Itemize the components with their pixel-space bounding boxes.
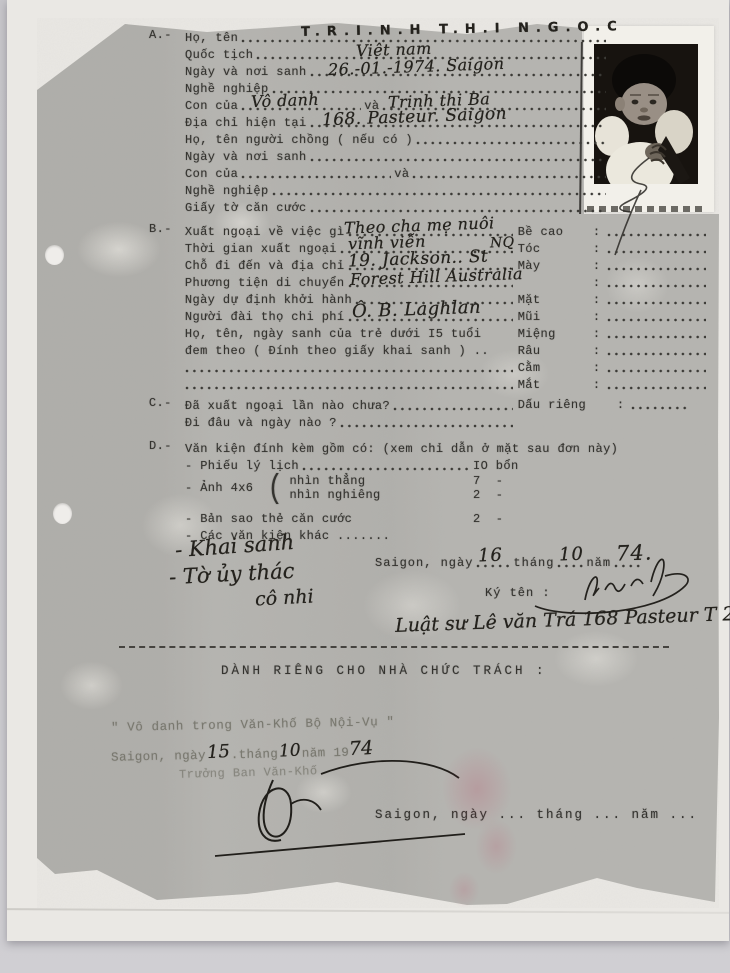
field-label: Quốc tịch bbox=[185, 48, 253, 62]
dotted-line bbox=[185, 379, 513, 392]
field-label: Văn kiện đính kèm gồm có: (xem chỉ dẫn ở… bbox=[185, 442, 618, 456]
blank-dotted-row bbox=[185, 358, 516, 375]
photos-profile: nhìn nghiêng2 - bbox=[289, 488, 585, 502]
field-husband-birth: Ngày và nơi sanh bbox=[185, 147, 609, 164]
feature-label: Mày bbox=[518, 259, 590, 273]
field-id-papers: Giấy tờ căn cước bbox=[185, 198, 609, 215]
blank-dotted-row bbox=[185, 375, 516, 392]
colon: : bbox=[590, 361, 604, 375]
field-label: Con của bbox=[185, 167, 238, 181]
dotted-line bbox=[607, 226, 706, 239]
feature-mouth: Miệng: bbox=[518, 324, 709, 341]
dotted-line bbox=[607, 379, 706, 392]
field-label: Họ, tên, ngày sanh của trẻ dưới I5 tuổi bbox=[185, 327, 481, 341]
item-count: 7 - bbox=[473, 474, 585, 488]
item-label: nhìn thẳng bbox=[289, 474, 473, 488]
section-c-letter: C.- bbox=[149, 396, 185, 430]
field-husband-name: Họ, tên người chồng ( nếu có ) bbox=[185, 130, 609, 147]
feature-label: Miệng bbox=[518, 327, 590, 341]
dotted-line bbox=[310, 151, 606, 164]
field-label: Ngày dự định khởi hành bbox=[185, 293, 352, 307]
handwritten-value: Vô danh bbox=[251, 90, 320, 111]
section-d-letter: D.- bbox=[149, 439, 185, 543]
feature-label: Râu bbox=[518, 344, 590, 358]
attachments-header: Văn kiện đính kèm gồm có: (xem chỉ dẫn ở… bbox=[185, 439, 709, 456]
photo-of-scanned-form: { "misc": { "colon": ":", "brace": "(" }… bbox=[0, 0, 730, 973]
dotted-line bbox=[416, 134, 606, 147]
colon: : bbox=[590, 225, 604, 239]
dashed-separator bbox=[119, 646, 669, 648]
field-label: Chỗ đi đến và địa chỉ bbox=[185, 259, 345, 273]
dotted-line bbox=[185, 362, 513, 375]
feature-blank: : bbox=[518, 273, 709, 290]
dotted-line bbox=[607, 362, 706, 375]
conjunction-va: và bbox=[394, 167, 409, 181]
field-birth: Ngày và nơi sanh26.-01.-1974. Saigon bbox=[185, 62, 609, 79]
feature-label: Mắt bbox=[518, 378, 590, 392]
handwritten-value: Ô. B. Laghlan bbox=[351, 297, 481, 322]
field-label: Nghề nghiệp bbox=[185, 184, 269, 198]
field-label: Người đài thọ chi phí bbox=[185, 310, 345, 324]
photo-orientations: nhìn thẳng7 - nhìn nghiêng2 - bbox=[289, 474, 585, 502]
item-label: - Ảnh 4x6 bbox=[185, 481, 253, 495]
colon: : bbox=[614, 398, 628, 412]
paper-sheet: A.- Họ, tênT.R.I.N.H T.H.I N.G.O.C Quốc … bbox=[7, 0, 729, 941]
colon: : bbox=[590, 327, 604, 341]
item-count: IO bổn bbox=[473, 459, 585, 473]
dotted-line bbox=[631, 399, 687, 412]
feature-chin: Cằm: bbox=[518, 358, 709, 375]
field-where-when: Đi đâu và ngày nào ? bbox=[185, 413, 516, 430]
dotted-line bbox=[607, 294, 706, 307]
field-label: Họ, tên bbox=[185, 31, 238, 45]
brace: ( bbox=[267, 469, 283, 508]
colon: : bbox=[590, 378, 604, 392]
dotted-line bbox=[607, 345, 706, 358]
field-label: Phương tiện di chuyển bbox=[185, 276, 345, 290]
colon: : bbox=[590, 344, 604, 358]
dotted-line bbox=[607, 311, 706, 324]
feature-beard: Râu: bbox=[518, 341, 709, 358]
dotted-line bbox=[302, 460, 470, 473]
attachment-photos: - Ảnh 4x6 ( nhìn thẳng7 - nhìn nghiêng2 … bbox=[185, 473, 585, 503]
dotted-line: 168. Pasteur. Saigon bbox=[310, 117, 606, 130]
dotted-line: Forest Hill Australia bbox=[348, 277, 513, 290]
colon: : bbox=[590, 310, 604, 324]
dotted-line bbox=[272, 185, 606, 198]
dotted-line: Ô. B. Laghlan bbox=[348, 311, 513, 324]
date-place: Saigon, ngày bbox=[375, 556, 473, 570]
field-children-attach-note: đem theo ( Đính theo giấy khai sanh ) .. bbox=[185, 341, 516, 358]
field-label: đem theo ( Đính theo giấy khai sanh ) .. bbox=[185, 344, 489, 358]
section-c-rows: Đã xuất ngoại lần nào chưa? Đi đâu và ng… bbox=[185, 396, 516, 430]
handwritten-initials: NQ bbox=[490, 235, 515, 252]
field-traveled-before: Đã xuất ngoại lần nào chưa? bbox=[185, 396, 516, 413]
punch-hole-top bbox=[45, 245, 64, 265]
feature-eyebrows: Mày: bbox=[518, 256, 709, 273]
dotted-line bbox=[393, 400, 513, 413]
dotted-line bbox=[412, 168, 606, 181]
field-label: Giấy tờ căn cước bbox=[185, 201, 307, 215]
stamp-date-place: Saigon, ngày bbox=[111, 749, 206, 765]
field-husband-occupation: Nghề nghiệp bbox=[185, 181, 609, 198]
colon: : bbox=[590, 293, 604, 307]
dotted-line bbox=[340, 417, 513, 430]
section-d: D.- Văn kiện đính kèm gồm có: (xem chỉ d… bbox=[149, 439, 709, 543]
item-label: nhìn nghiêng bbox=[289, 488, 473, 502]
feature-label: Bề cao bbox=[518, 225, 590, 239]
feature-label: Tóc bbox=[518, 242, 590, 256]
handwritten-day: 16 bbox=[478, 545, 504, 567]
officials-heading: DÀNH RIÊNG CHO NHÀ CHỨC TRÁCH : bbox=[221, 664, 547, 678]
colon: : bbox=[590, 242, 604, 256]
section-a-rows: Họ, tênT.R.I.N.H T.H.I N.G.O.C Quốc tịch… bbox=[185, 28, 609, 215]
dotted-line bbox=[607, 243, 706, 256]
handwritten-value: T.R.I.N.H T.H.I N.G.O.C bbox=[301, 19, 624, 40]
field-expense-sponsor: Người đài thọ chi phíÔ. B. Laghlan bbox=[185, 307, 516, 324]
section-d-rows: Văn kiện đính kèm gồm có: (xem chỉ dẫn ở… bbox=[185, 439, 585, 543]
field-label: Địa chỉ hiện tại bbox=[185, 116, 307, 130]
field-label: Xuất ngoại về việc gì bbox=[185, 225, 345, 239]
section-c: C.- Đã xuất ngoại lần nào chưa? Đi đâu v… bbox=[149, 396, 516, 430]
punch-hole-bottom bbox=[53, 503, 72, 524]
feature-distinguishing-marks: Dấu riêng: bbox=[518, 395, 709, 412]
attachment-id-copy: - Bản sao thẻ căn cước2 - bbox=[185, 509, 585, 526]
feature-label: Mặt bbox=[518, 293, 590, 307]
field-label: Đi đâu và ngày nào ? bbox=[185, 416, 337, 430]
feature-height: Bề cao: bbox=[518, 222, 709, 239]
section-b-right-column: Bề cao: Tóc: Mày: : Mặt: Mũi: Miệng: Râu… bbox=[518, 222, 709, 430]
feature-label: Mũi bbox=[518, 310, 590, 324]
paper-crease bbox=[7, 908, 729, 914]
item-count: 2 - bbox=[473, 512, 585, 526]
colon: : bbox=[590, 276, 604, 290]
form-body: A.- Họ, tênT.R.I.N.H T.H.I N.G.O.C Quốc … bbox=[149, 28, 709, 543]
feature-nose: Mũi: bbox=[518, 307, 709, 324]
feature-label: Cằm bbox=[518, 361, 590, 375]
photos-front: nhìn thẳng7 - bbox=[289, 474, 585, 488]
field-transport: Phương tiện di chuyểnForest Hill Austral… bbox=[185, 273, 516, 290]
dotted-line bbox=[241, 168, 391, 181]
attachment-cv-sheet: - Phiếu lý lịchIO bổn bbox=[185, 456, 585, 473]
section-b: B.- Xuất ngoại về việc gìTheo cha mẹ nuô… bbox=[149, 222, 709, 430]
feature-hair: Tóc: bbox=[518, 239, 709, 256]
colon: : bbox=[590, 259, 604, 273]
dotted-line: 26.-01.-1974. Saigon bbox=[310, 66, 606, 79]
field-label: Thời gian xuất ngoại bbox=[185, 242, 337, 256]
feature-face: Mặt: bbox=[518, 290, 709, 307]
handwritten-attachment-co-nhi: cô nhi bbox=[254, 585, 314, 610]
dotted-line bbox=[310, 202, 606, 215]
item-count: 2 - bbox=[473, 488, 585, 502]
section-a-letter: A.- bbox=[149, 28, 185, 215]
officials-bottom-date: Saigon, ngày ... tháng ... năm ... bbox=[375, 808, 698, 822]
field-label: Ngày và nơi sanh bbox=[185, 65, 307, 79]
feature-eyes: Mắt: bbox=[518, 375, 709, 392]
section-b-left-column: Xuất ngoại về việc gìTheo cha mẹ nuôi Th… bbox=[185, 222, 516, 430]
field-label: Đã xuất ngoại lần nào chưa? bbox=[185, 399, 390, 413]
field-label: Ngày và nơi sanh bbox=[185, 150, 307, 164]
field-label: Họ, tên người chồng ( nếu có ) bbox=[185, 133, 413, 147]
field-husband-child-of: Con củavà bbox=[185, 164, 609, 181]
field-children-under-15: Họ, tên, ngày sanh của trẻ dưới I5 tuổi bbox=[185, 324, 516, 341]
section-a: A.- Họ, tênT.R.I.N.H T.H.I N.G.O.C Quốc … bbox=[149, 28, 709, 215]
dotted-line bbox=[607, 260, 706, 273]
dotted-line bbox=[607, 328, 706, 341]
field-label: Con của bbox=[185, 99, 238, 113]
field-current-address: Địa chỉ hiện tại168. Pasteur. Saigon bbox=[185, 113, 609, 130]
feature-label: Dấu riêng bbox=[518, 398, 614, 412]
dotted-line: 16 bbox=[476, 557, 510, 570]
dotted-line bbox=[607, 277, 706, 290]
item-label: - Bản sao thẻ căn cước bbox=[185, 512, 352, 526]
